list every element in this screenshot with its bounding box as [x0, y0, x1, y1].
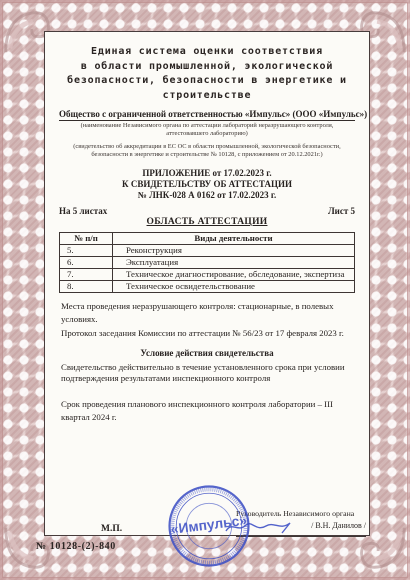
conditions-text-line-2: подтверждения результатами инспекционног…: [61, 373, 353, 384]
row-activity: Реконструкция: [113, 245, 355, 257]
annex-line-1: ПРИЛОЖЕНИЕ от 17.02.2023 г.: [59, 168, 355, 179]
row-number: 8.: [60, 281, 113, 293]
inspection-term-line: Срок проведения планового инспекционного…: [61, 398, 353, 424]
table-row: 8. Техническое освидетельствование: [60, 281, 355, 293]
system-title: Единая система оценки соответствия в обл…: [59, 45, 355, 103]
protocol-line: Протокол заседания Комиссии по аттестаци…: [61, 327, 353, 340]
sheet-current-label: Лист 5: [328, 206, 355, 216]
row-activity: Техническое диагностирование, обследован…: [113, 269, 355, 281]
signatory-name: / В.Н. Данилов /: [311, 521, 366, 530]
table-header-row: № п/п Виды деятельности: [60, 233, 355, 245]
signature-block: Руководитель Независимого органа / В.Н. …: [236, 509, 366, 537]
sheets-total-label: На 5 листах: [59, 206, 107, 216]
activities-table: № п/п Виды деятельности 5. Реконструкция…: [59, 232, 355, 293]
system-title-line-2: в области промышленной, экологической: [59, 60, 355, 75]
document-number: № 10128-(2)-840: [36, 541, 116, 552]
annex-heading: ПРИЛОЖЕНИЕ от 17.02.2023 г. К СВИДЕТЕЛЬС…: [59, 168, 355, 201]
row-number: 6.: [60, 257, 113, 269]
table-row: 7. Техническое диагностирование, обследо…: [60, 269, 355, 281]
row-number: 5.: [60, 245, 113, 257]
conditions-title: Условие действия свидетельства: [59, 348, 355, 358]
row-activity: Техническое освидетельствование: [113, 281, 355, 293]
control-places-line: Места проведения неразрушающего контроля…: [61, 300, 353, 326]
annex-line-3: № ЛНК-028 А 0162 от 17.02.2023 г.: [59, 190, 355, 201]
row-activity: Эксплуатация: [113, 257, 355, 269]
system-title-line-3: безопасности, безопасности в энергетике …: [59, 74, 355, 89]
row-number: 7.: [60, 269, 113, 281]
annex-line-2: К СВИДЕТЕЛЬСТВУ ОБ АТТЕСТАЦИИ: [59, 179, 355, 190]
signature-icon: [224, 517, 294, 537]
sheet-count-row: На 5 листах Лист 5: [59, 206, 355, 216]
certificate-sheet: Единая система оценки соответствия в обл…: [44, 31, 370, 536]
conditions-text-line-1: Свидетельство действительно в течение ус…: [61, 362, 353, 373]
col-header-number: № п/п: [60, 233, 113, 245]
organization-caption: (наименование Независимого органа по атт…: [73, 122, 341, 137]
accreditation-note: (свидетельство об аккредитации в ЕС ОС в…: [65, 143, 349, 159]
signature-line: / В.Н. Данилов /: [236, 521, 366, 537]
col-header-activity: Виды деятельности: [113, 233, 355, 245]
system-title-line-4: строительстве: [59, 89, 355, 104]
table-row: 6. Эксплуатация: [60, 257, 355, 269]
attestation-scope-title: ОБЛАСТЬ АТТЕСТАЦИИ: [59, 217, 355, 227]
table-row: 5. Реконструкция: [60, 245, 355, 257]
stamp-place-label: М.П.: [101, 524, 122, 534]
organization-name: Общество с ограниченной ответственностью…: [59, 109, 355, 121]
conditions-text: Свидетельство действительно в течение ус…: [61, 362, 353, 384]
system-title-line-1: Единая система оценки соответствия: [59, 45, 355, 60]
